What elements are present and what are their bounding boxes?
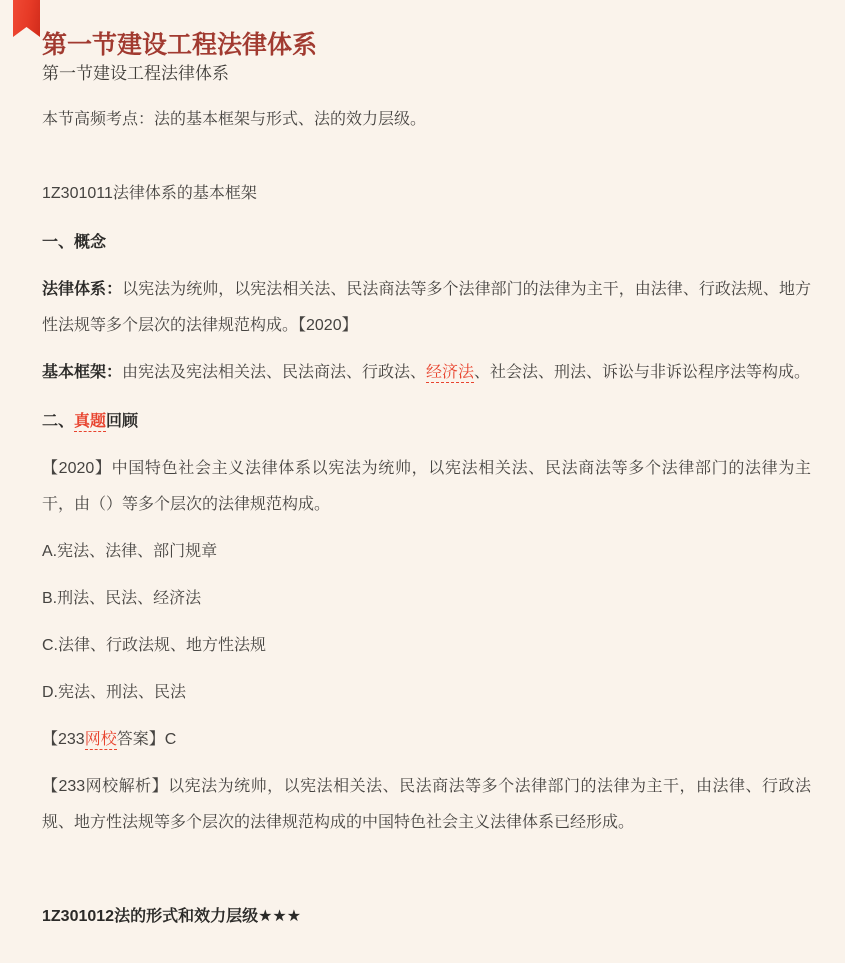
link-economic-law[interactable]: 经济法 <box>426 364 474 383</box>
framework-label: 基本框架： <box>42 364 122 381</box>
paragraph-framework: 基本框架：由宪法及宪法相关法、民法商法、行政法、经济法、社会法、刑法、诉讼与非诉… <box>42 355 811 391</box>
option-c: C.法律、行政法规、地方性法规 <box>42 628 811 664</box>
answer-prefix: 【233 <box>42 731 85 748</box>
paragraph-legal-system: 法律体系：以宪法为统帅，以宪法相关法、民法商法等多个法律部门的法律为主干，由法律… <box>42 272 811 344</box>
page-title: 第一节建设工程法律体系 <box>42 30 811 60</box>
question-text: 【2020】中国特色社会主义法律体系以宪法为统帅，以宪法相关法、民法商法等多个法… <box>42 451 811 523</box>
heading-concept: 一、概念 <box>42 225 811 261</box>
framework-text-after: 、社会法、刑法、诉讼与非诉讼程序法等构成。 <box>474 364 810 381</box>
section-code-1Z301011: 1Z301011法律体系的基本框架 <box>42 176 811 212</box>
legal-system-text: 以宪法为统帅，以宪法相关法、民法商法等多个法律部门的法律为主干，由法律、行政法规… <box>42 281 811 334</box>
review-heading-prefix: 二、 <box>42 413 74 430</box>
option-a: A.宪法、法律、部门规章 <box>42 534 811 570</box>
option-d: D.宪法、刑法、民法 <box>42 675 811 711</box>
intro-text: 本节高频考点：法的基本框架与形式、法的效力层级。 <box>42 102 811 138</box>
framework-text-before: 由宪法及宪法相关法、民法商法、行政法、 <box>122 364 426 381</box>
option-b: B.刑法、民法、经济法 <box>42 581 811 617</box>
answer-suffix: 答案】C <box>117 731 177 748</box>
answer-line: 【233网校答案】C <box>42 722 811 758</box>
section-code-1Z301012: 1Z301012法的形式和效力层级★★★ <box>42 899 811 935</box>
document-content: 第一节建设工程法律体系 第一节建设工程法律体系 本节高频考点：法的基本框架与形式… <box>0 30 845 935</box>
legal-system-label: 法律体系： <box>42 281 122 298</box>
link-wangxiao[interactable]: 网校 <box>85 731 117 750</box>
analysis-text: 【233网校解析】以宪法为统帅，以宪法相关法、民法商法等多个法律部门的法律为主干… <box>42 769 811 841</box>
page-subtitle: 第一节建设工程法律体系 <box>42 62 811 86</box>
document-page: 第一节建设工程法律体系 第一节建设工程法律体系 本节高频考点：法的基本框架与形式… <box>0 0 845 963</box>
heading-review: 二、真题回顾 <box>42 404 811 440</box>
link-real-questions[interactable]: 真题 <box>74 413 106 432</box>
review-heading-suffix: 回顾 <box>106 413 138 430</box>
